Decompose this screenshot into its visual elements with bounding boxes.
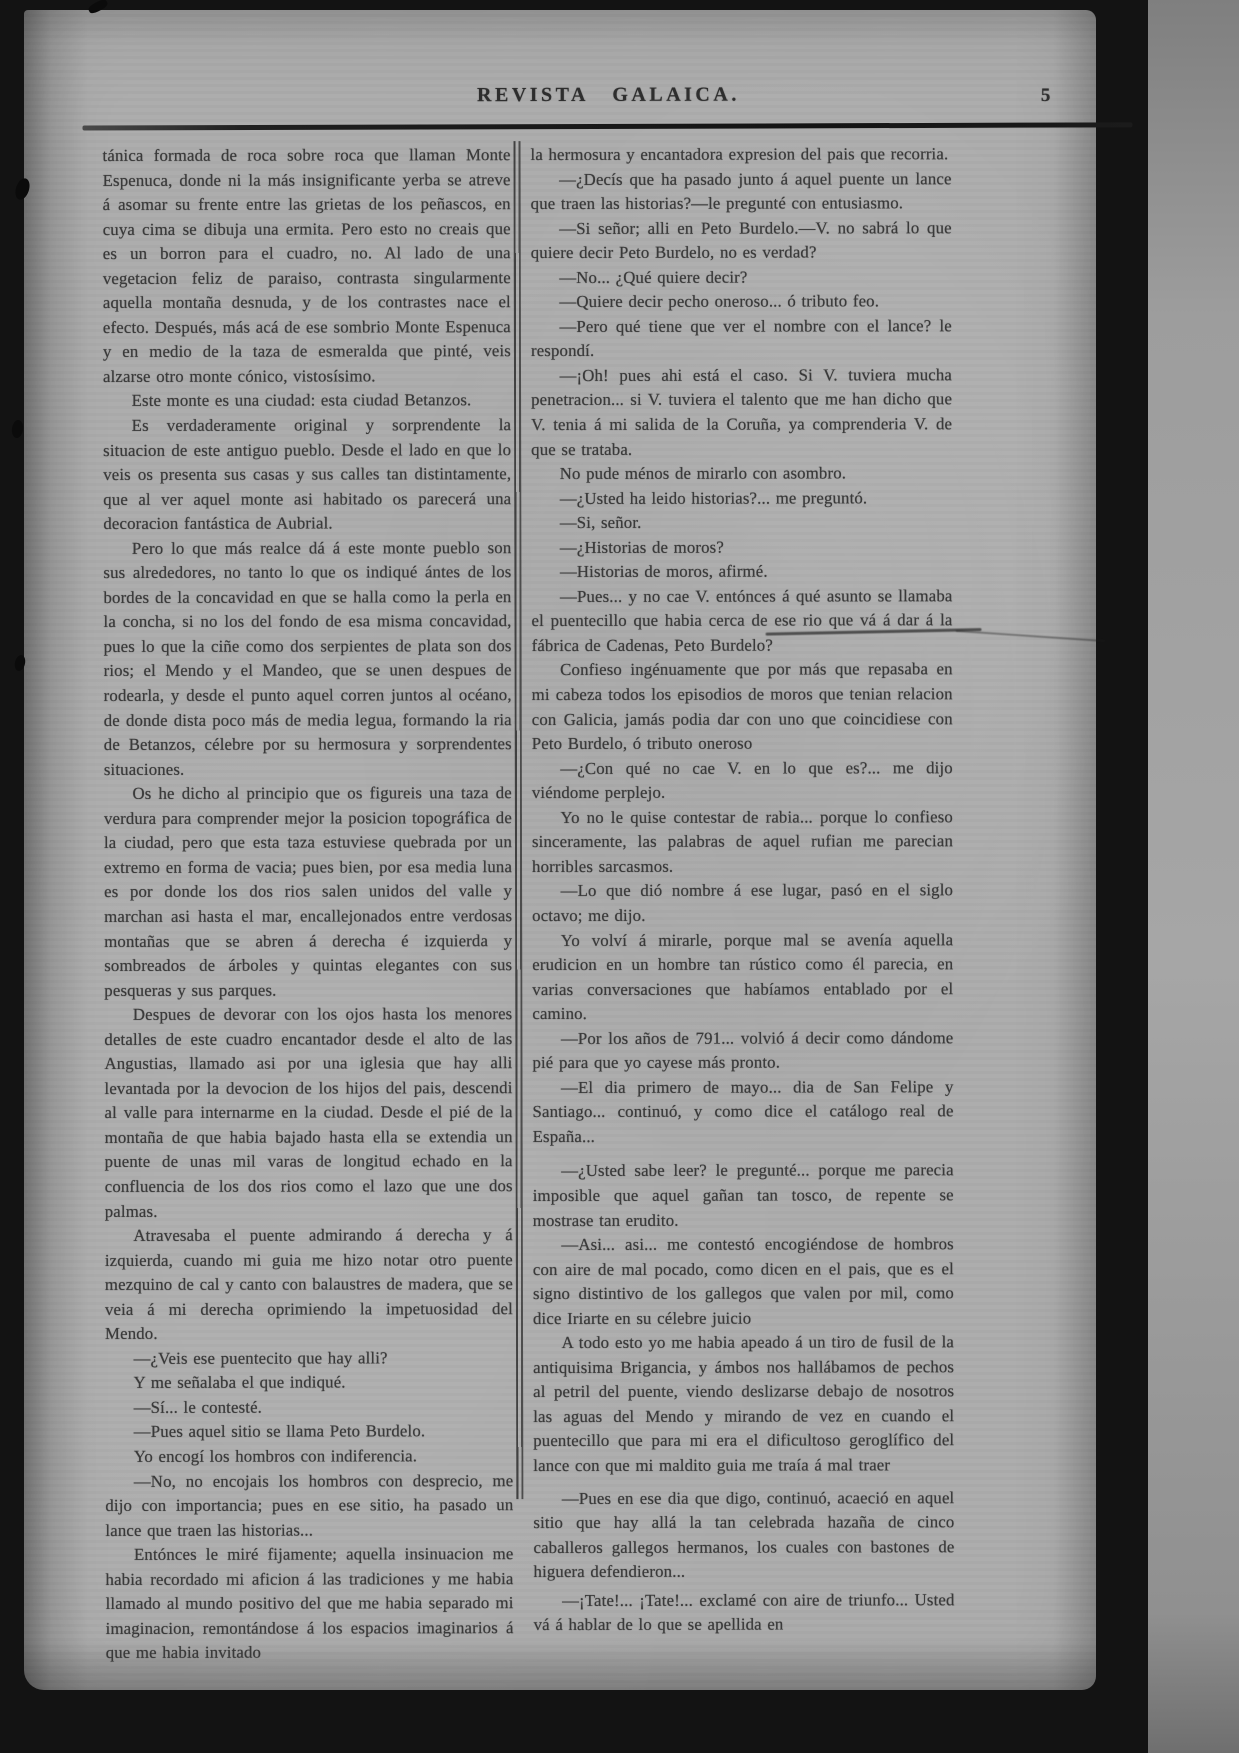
- paragraph: —¿Historias de moros?: [531, 535, 952, 560]
- paragraph: —Por los años de 791... volvió á decir c…: [532, 1026, 953, 1076]
- paragraph: —¿Veis ese puentecito que hay alli?: [105, 1346, 513, 1371]
- left-column: tánica formada de roca sobre roca que ll…: [103, 143, 514, 1666]
- paragraph: —¿Con qué no cae V. en lo que es?... me …: [532, 756, 953, 806]
- scan-background: { "header": { "title": "REVISTA GALAICA.…: [0, 0, 1239, 1753]
- paragraph: —Pues... y no cae V. entónces á qué asun…: [531, 584, 952, 659]
- paragraph: —Si, señor.: [531, 510, 952, 535]
- paragraph: —Asi... asi... me contestó encogiéndose …: [533, 1232, 954, 1331]
- paragraph: —Pues aquel sitio se llama Peto Burdelo.: [105, 1420, 513, 1445]
- paragraph: —No, no encojais los hombros con desprec…: [105, 1469, 513, 1543]
- page: REVISTA GALAICA. 5 tánica formada de roc…: [24, 10, 1096, 1690]
- paragraph: —Pues en ese dia que digo, continuó, aca…: [533, 1486, 954, 1585]
- paragraph: Os he dicho al principio que os figureis…: [104, 781, 512, 1003]
- ink-mark: [956, 630, 1106, 642]
- paragraph: —Pero qué tiene que ver el nombre con el…: [531, 314, 952, 364]
- paragraph: No pude ménos de mirarlo con asombro.: [531, 461, 952, 486]
- paragraph: Yo no le quise contestar de rabia... por…: [532, 805, 953, 880]
- right-column: la hermosura y encantadora expresion del…: [531, 142, 955, 1638]
- paragraph: —El dia primero de mayo... dia de San Fe…: [532, 1075, 953, 1150]
- paragraph: —Sí... le contesté.: [105, 1395, 513, 1420]
- journal-title: REVISTA GALAICA.: [477, 84, 740, 107]
- scanner-edge-strip: [1148, 0, 1239, 1753]
- paragraph: A todo esto yo me habia apeado á un tiro…: [533, 1330, 954, 1478]
- paragraph: —No... ¿Qué quiere decir?: [531, 265, 952, 290]
- paragraph: Yo encogí los hombros con indiferencia.: [105, 1444, 513, 1469]
- paragraph: Confieso ingénuamente que por más que re…: [532, 658, 953, 757]
- page-content: REVISTA GALAICA. 5 tánica formada de roc…: [22, 9, 1098, 1691]
- paragraph: Es verdaderamente original y sorprendent…: [103, 413, 511, 537]
- page-header: REVISTA GALAICA. 5: [84, 83, 1132, 115]
- column-divider: [514, 141, 524, 1499]
- page-number: 5: [1041, 85, 1051, 107]
- paragraph: —¿Decís que ha pasado junto á aquel puen…: [531, 167, 952, 217]
- paragraph: Este monte es una ciudad: esta ciudad Be…: [103, 389, 511, 414]
- paragraph: —Historias de moros, afirmé.: [531, 559, 952, 584]
- paragraph: la hermosura y encantadora expresion del…: [531, 142, 952, 167]
- paragraph: Entónces le miré fijamente; aquella insi…: [105, 1542, 513, 1666]
- paragraph: Y me señalaba el que indiqué.: [105, 1370, 513, 1395]
- paragraph: —¡Oh! pues ahi está el caso. Si V. tuvie…: [531, 363, 952, 462]
- paragraph: Yo volví á mirarle, porque mal se avenía…: [532, 928, 953, 1027]
- paragraph: —¿Usted ha leido historias?... me pregun…: [531, 486, 952, 511]
- paragraph: —¡Tate!... ¡Tate!... exclamé con aire de…: [534, 1588, 955, 1638]
- paragraph: Pero lo que más realce dá á este monte p…: [103, 536, 512, 782]
- paragraph: Atravesaba el puente admirando á derecha…: [105, 1223, 513, 1347]
- paragraph: tánica formada de roca sobre roca que ll…: [103, 143, 512, 389]
- paragraph: —Lo que dió nombre á ese lugar, pasó en …: [532, 879, 953, 929]
- paragraph: —Si señor; alli en Peto Burdelo.—V. no s…: [531, 216, 952, 266]
- paragraph: —Quiere decir pecho oneroso... ó tributo…: [531, 289, 952, 314]
- paragraph: —¿Usted sabe leer? le pregunté... porque…: [533, 1159, 954, 1234]
- paragraph: Despues de devorar con los ojos hasta lo…: [104, 1002, 512, 1224]
- header-rule: [82, 122, 1132, 130]
